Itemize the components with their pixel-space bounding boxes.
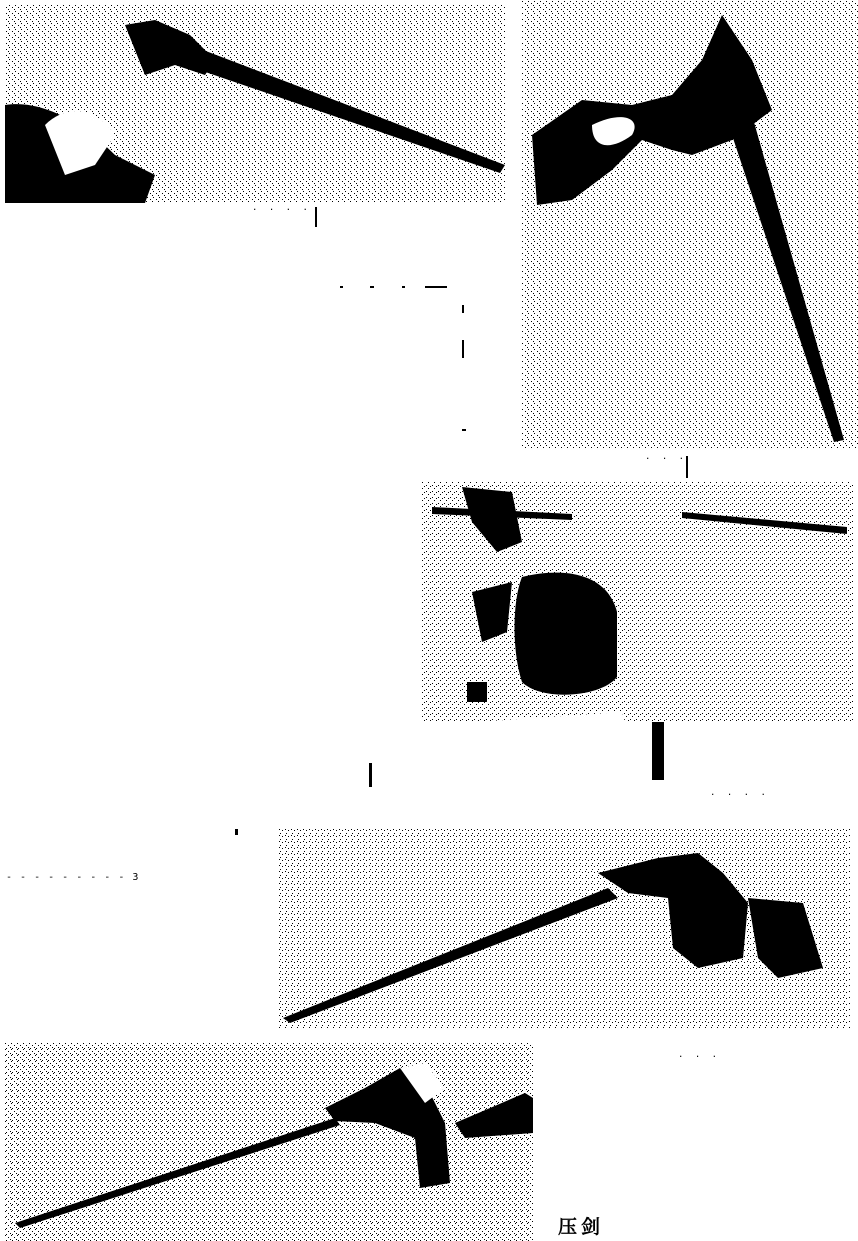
- scan-mark-5: [425, 286, 447, 288]
- scan-mark-10: [369, 763, 372, 787]
- scan-dots-3: . . . .: [710, 788, 769, 798]
- scan-dots-2: . . .: [645, 452, 687, 462]
- photo-press-sword: [5, 1043, 533, 1241]
- scan-mark-3: [370, 286, 374, 288]
- scan-mark-7: [462, 340, 464, 358]
- scan-mark-11: [235, 829, 238, 835]
- scan-dots-1: . . . .: [252, 203, 311, 213]
- scan-dots-4: . . .: [678, 1050, 720, 1060]
- scan-mark-8: [462, 429, 466, 431]
- scan-mark-6: [462, 305, 464, 313]
- caption-press-sword: 压剑: [558, 1212, 604, 1239]
- photo-sword-low-stance: [278, 828, 850, 1028]
- photo-4-image: [278, 828, 850, 1028]
- scan-mark-2: [340, 286, 343, 288]
- photo-2-image: [522, 0, 858, 448]
- photo-sword-vertical: [522, 0, 858, 448]
- scan-mark-1: [315, 207, 317, 227]
- photo-3-image: [402, 482, 854, 780]
- scan-mark-4: [402, 286, 405, 288]
- caption-fragment-left: - - - - - - - - - 3: [6, 872, 139, 883]
- photo-1-image: [5, 5, 505, 203]
- photo-sword-overhead: [402, 482, 854, 780]
- photo-5-image: [5, 1043, 533, 1241]
- photo-sword-horizontal: [5, 5, 505, 203]
